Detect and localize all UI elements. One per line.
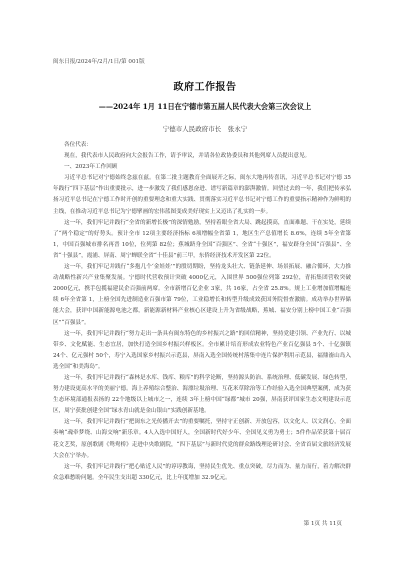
document-body: 各位代表： 现在，我代表市人民政府向大会报告工作，请予审议，并请各位政协委员和其… [53,140,351,484]
paragraph: 这一年，我们牢记并践行“把心贴近人民”的谆谆教诲，坚持民生优先、重点突破，尽力而… [53,462,351,484]
document-page: 闽东日报/2024年/2月/1日/第 001版 政府工作报告 ——2024年 1… [0,0,410,580]
paragraph: 这一年，我们牢记并践行“努力走出一条具有闽东特色的乡村振兴之路”的回信精神，坚持… [53,329,351,373]
document-author: 宁德市人民政府市长 张永宁 [0,124,410,133]
paragraph: 这一年，我们牢记并践行“全省的新增长极”的深情勉励，坚持着眼全省大局、跳起摸高，… [53,218,351,262]
source-line: 闽东日报/2024年/2月/1日/第 001版 [53,57,145,65]
document-title: 政府工作报告 [0,78,410,93]
section-heading: 一、2023年工作回顾 [53,162,351,173]
paragraph: 这一年，我们牢记并践行“把闽东之光传播开去”的重要嘱托，坚持守正创新、开放包容，… [53,417,351,461]
paragraph: 习近平总书记对宁德始终念兹在兹。在第二批主题教育全面展开之际，闽东大地再传喜讯，… [53,173,351,217]
page-footer: 第 1页 共 11页 [304,519,342,527]
paragraph: 这一年，我们牢记并践行“多抱几个‘金娃娃’”的殷切期盼，坚持龙头壮大、链条延伸、… [53,262,351,329]
salutation: 各位代表： [53,140,351,151]
paragraph: 这一年，我们牢记并践行“森林是水库、钱库、粮库”的科学论断，坚持源头防治、系统治… [53,373,351,417]
paragraph: 现在，我代表市人民政府向大会报告工作，请予审议，并请各位政协委员和其他列席人员提… [53,151,351,162]
document-subtitle: ——2024年 1月 11日在宁德市第五届人民代表大会第三次会议上 [0,102,410,112]
